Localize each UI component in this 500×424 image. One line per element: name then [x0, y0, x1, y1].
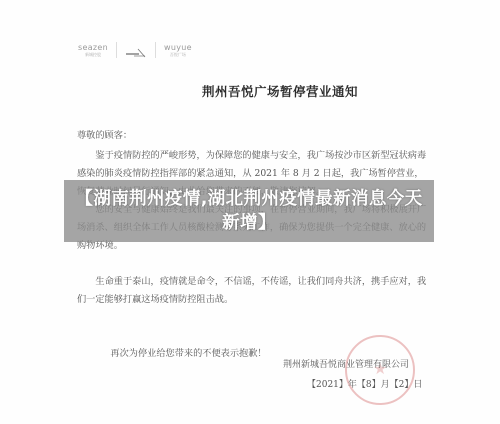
wuyue-logo-word: wuyue	[164, 43, 192, 52]
greeting: 尊敬的顾客：	[77, 127, 132, 141]
paragraph-3: 生命重于泰山，疫情就是命令，不信谣，不传谣，让我们同舟共济，携手应对，我们一定能…	[77, 273, 429, 309]
headline-text: 【湖南荆州疫情,湖北荆州疫情最新消息今天新增】	[69, 187, 429, 235]
seazen-logo-word: seazen	[78, 43, 108, 52]
headline-overlay: 【湖南荆州疫情,湖北荆州疫情最新消息今天新增】	[64, 180, 434, 242]
wuyue-logo: wuyue 吾悦广场	[164, 43, 192, 58]
brand-logos: seazen 新城控股 wuyue 吾悦广场	[78, 40, 192, 60]
logo-divider	[116, 42, 117, 58]
brand-mark-icon	[125, 44, 147, 56]
company-seal: ★	[345, 335, 415, 405]
seazen-logo-sub: 新城控股	[85, 52, 101, 58]
wuyue-logo-sub: 吾悦广场	[170, 52, 186, 58]
logo-divider	[155, 42, 156, 58]
company-signature: 荆州新城吾悦商业管理有限公司	[283, 357, 409, 370]
notice-title: 荆州吾悦广场暂停营业通知	[0, 82, 500, 100]
notice-date: 【2021】年【8】月【2】日	[307, 377, 422, 390]
seazen-logo: seazen 新城控股	[78, 43, 108, 58]
